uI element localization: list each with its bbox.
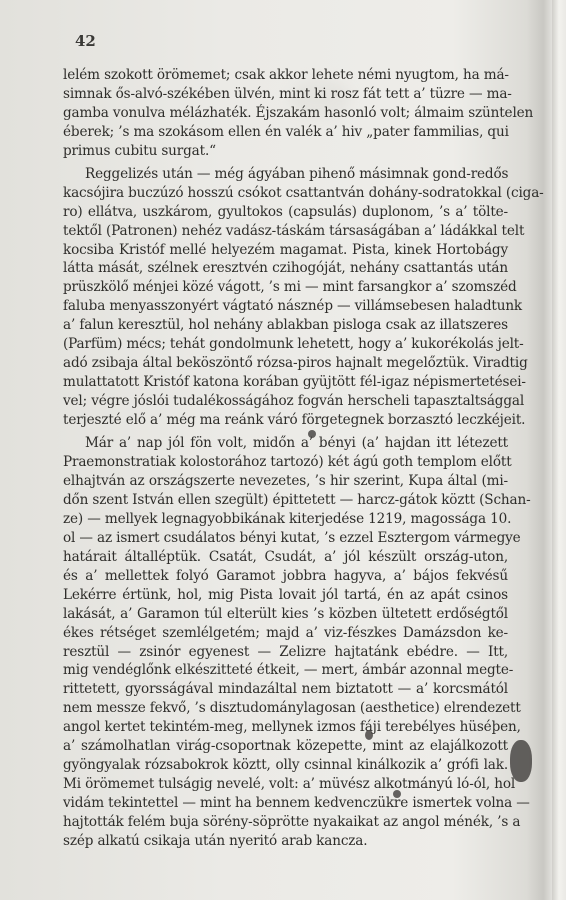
text-line: határait általléptük. Csatát, Csudát, a’… — [63, 548, 508, 566]
text-line: nem messze fekvő, ’s disztudománylagosan… — [63, 699, 508, 717]
text-line: lelém szokott örömemet; csak akkor lehet… — [63, 66, 508, 84]
text-line: simnak ős-alvó-székében ülvén, mint ki r… — [63, 85, 508, 103]
text-line: resztül — zsinór egyenest — Zelizre hajt… — [63, 643, 508, 661]
text-line: kocsiba Kristóf mellé helyezém magamat. … — [63, 241, 508, 259]
text-line: terjeszté elő a’ még ma reánk váró förge… — [63, 411, 508, 429]
text-line: vidám tekintettel — mint ha bennem kedve… — [63, 794, 508, 812]
text-line: mulattatott Kristóf katona korában gyüjt… — [63, 373, 508, 391]
text-line: hajtották felém buja sörény-söprötte nya… — [63, 813, 508, 831]
text-line: látta mását, szélnek eresztvén czihogójá… — [63, 259, 508, 277]
ink-spot — [393, 790, 401, 798]
text-line: rittetett, gyorsságával mindazáltal nem … — [63, 680, 508, 698]
text-line: gamba vonulva mélázhaték. Éjszakám hason… — [63, 104, 508, 122]
ink-spot — [365, 730, 373, 740]
text-line: ékes rétséget szemlélgetém; majd a’ viz-… — [63, 624, 508, 642]
ink-spot — [308, 430, 316, 438]
text-line: Mi örömemet tulságig nevelé, volt: a’ mü… — [63, 775, 508, 793]
text-line: a’ számolhatlan virág-csoportnak közepet… — [63, 737, 508, 755]
paragraph-start: Már a’ nap jól fön volt, midőn a’ bényi … — [63, 434, 508, 452]
text-line: mig vendéglőnk elkészitteté étkeit, — me… — [63, 661, 508, 679]
text-line: faluba menyasszonyért vágtató násznép — … — [63, 297, 508, 315]
text-line: ol — az ismert csudálatos bényi kutat, ’… — [63, 529, 508, 547]
text-line: dőn szent István ellen szegült) épittete… — [63, 491, 508, 509]
text-line: és a’ mellettek folyó Garamot jobbra hag… — [63, 567, 508, 585]
text-line: adó zsibaja által beköszöntő rózsa-piros… — [63, 354, 508, 372]
ink-stain — [510, 740, 532, 782]
page-number: 42 — [75, 32, 96, 50]
text-line: éberek; ’s ma szokásom ellen én valék a’… — [63, 123, 508, 141]
paragraph-start: Reggelizés után — még ágyában pihenő más… — [63, 165, 508, 183]
text-line: szép alkatú csikaja után nyeritó arab ka… — [63, 832, 508, 850]
text-line: lakását, a’ Garamon túl elterült kies ’s… — [63, 605, 508, 623]
text-line: ro) ellátva, uszkárom, gyultokos (capsul… — [63, 203, 508, 221]
text-line: angol kertet tekintém-meg, mellynek izmo… — [63, 718, 508, 736]
text-line: ze) — mellyek legnagyobbikának kiterjedé… — [63, 510, 508, 528]
text-line: elhajtván az országszerte nevezetes, ’s … — [63, 472, 508, 490]
text-line: Praemonstratiak kolostorához tartozó) ké… — [63, 453, 508, 471]
text-line: (Parfüm) mécs; tehát gondolmunk lehetett… — [63, 335, 508, 353]
text-line: vel; végre jóslói tudalékosságához fogvá… — [63, 392, 508, 410]
text-line: a’ falun keresztül, hol nehány ablakban … — [63, 316, 508, 334]
page-edge — [552, 0, 566, 900]
text-line: tektől (Patronen) nehéz vadász-táskám tá… — [63, 222, 508, 240]
text-line: primus cubitu surgat.“ — [63, 142, 508, 160]
text-line: gyöngyalak rózsabokrok köztt, olly csinn… — [63, 756, 508, 774]
text-line: kacsójira buczúzó hosszú csókot csattant… — [63, 184, 508, 202]
text-line: Lekérre értünk, hol, mig Pista lovait jó… — [63, 586, 508, 604]
text-line: prüszkölő ménjei közé vágott, ’s mi — mi… — [63, 278, 508, 296]
